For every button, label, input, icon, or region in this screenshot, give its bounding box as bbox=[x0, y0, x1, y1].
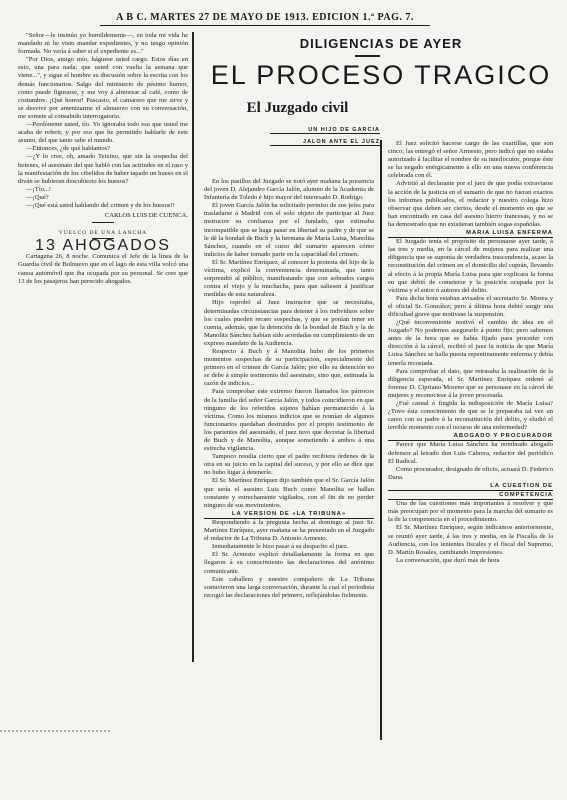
right-column-paragraphs-3: Parece que María Luisa Sánchez ha nombra… bbox=[388, 441, 553, 481]
column-center: En los pasillos del Juzgado se notó ayer… bbox=[204, 178, 374, 738]
paragraph: —¡Qué está usted hablando del crimen y d… bbox=[18, 202, 188, 210]
title-rule bbox=[355, 55, 380, 57]
paragraph: ¿Fué casual ó fingida la indisposición d… bbox=[388, 400, 553, 432]
subheadline: El Juzgado civil bbox=[215, 100, 380, 117]
scan-artifact bbox=[0, 730, 110, 732]
divider bbox=[92, 222, 114, 223]
paragraph: —Entonces, ¿de qué hablamos? bbox=[18, 145, 188, 153]
section-head-cuestion-1: LA CUESTION DE bbox=[388, 482, 553, 491]
paragraph: Tampoco resulta cierto que el padre reci… bbox=[204, 453, 374, 477]
paragraph: El Sr. Martínez Enríquez, según indicamo… bbox=[388, 524, 553, 556]
paragraph: —¡Qué? bbox=[18, 194, 188, 202]
main-headline: EL PROCESO TRAGICO bbox=[195, 60, 567, 91]
paragraph: —¿Y lo cree, oh, amado Teixino, que sin … bbox=[18, 153, 188, 185]
paragraph: El joven García Jalón ha solicitado perm… bbox=[204, 202, 374, 259]
right-column-paragraphs: El Juez solicitó hacerse cargo de las cu… bbox=[388, 140, 553, 229]
paragraph: Para comprobar el dato, que retrasaba la… bbox=[388, 368, 553, 400]
masthead: A B C. MARTES 27 DE MAYO DE 1913. EDICIO… bbox=[100, 12, 430, 26]
column-left: "Señor—le insinúo yo humildemente—, en t… bbox=[18, 32, 188, 692]
section-head-abogado: ABOGADO Y PROCURADOR bbox=[388, 432, 553, 441]
paragraph: El Juzgado tenía el propósito de persona… bbox=[388, 238, 553, 295]
paragraph: Parece que María Luisa Sánchez ha nombra… bbox=[388, 441, 553, 465]
kicker-line-1: UN HIJO DE GARCIA bbox=[270, 127, 380, 134]
paragraph: Para comprobar este extremo fueron llama… bbox=[204, 388, 374, 453]
column-rule bbox=[192, 32, 194, 662]
paragraph: "Por Dios, amigo mío, háguese usted carg… bbox=[18, 56, 188, 121]
paragraph: Advirtió al declarante por el juez de qu… bbox=[388, 180, 553, 229]
center-column-paragraphs: En los pasillos del Juzgado se notó ayer… bbox=[204, 178, 374, 510]
paragraph: La conversación, que duró más de hora bbox=[388, 557, 553, 565]
paragraph: Una de las cuestiones más importantes á … bbox=[388, 500, 553, 524]
author-signature: CARLOS LUIS DE CUENCA. bbox=[18, 212, 188, 220]
news-body: Cartagena 26, 8 noche. Comunica el Jefe … bbox=[18, 253, 188, 285]
paragraph: ¿Qué inconveniente motivó el cambio de i… bbox=[388, 319, 553, 368]
paragraph: El Sr. Armesto explicó detalladamente la… bbox=[204, 551, 374, 575]
center-column-paragraphs-2: Respondiendo á la pregunta hecha al domi… bbox=[204, 519, 374, 600]
column-rule bbox=[380, 140, 382, 740]
section-head-enferma: MARIA LUISA ENFERMA bbox=[388, 229, 553, 238]
news-headline: 13 AHOGADOS bbox=[18, 242, 188, 250]
section-head-cuestion-2: COMPETENCIA bbox=[388, 491, 553, 500]
kicker-line-2: JALON ANTE EL JUEZ bbox=[270, 139, 380, 146]
paragraph: Este caballero y nuestro compañero de La… bbox=[204, 576, 374, 600]
right-column-paragraphs-2: El Juzgado tenía el propósito de persona… bbox=[388, 238, 553, 432]
paragraph: Inmediatamente le hizo pasar á su despac… bbox=[204, 543, 374, 551]
left-column-paragraphs: "Señor—le insinúo yo humildemente—, en t… bbox=[18, 32, 188, 210]
paragraph: El Sr. Martínez Enríquez dijo también qu… bbox=[204, 477, 374, 509]
paragraph: Como procurador, designado de oficio, ac… bbox=[388, 466, 553, 482]
paragraph: El Juez solicitó hacerse cargo de las cu… bbox=[388, 140, 553, 180]
paragraph: En los pasillos del Juzgado se notó ayer… bbox=[204, 178, 374, 202]
news-kicker: VUELCO DE UNA LANCHA bbox=[18, 229, 188, 237]
paragraph: El Sr. Martínez Enríquez, al conocer la … bbox=[204, 259, 374, 299]
paragraph: Respondiendo á la pregunta hecha al domi… bbox=[204, 519, 374, 543]
paragraph: "Señor—le insinúo yo humildemente—, en t… bbox=[18, 32, 188, 56]
paragraph: Para dicha hora estaban avisados el secr… bbox=[388, 295, 553, 319]
section-head-tribuna: LA VERSION DE «LA TRIBUNA» bbox=[204, 510, 374, 519]
paragraph: —¡Tío...! bbox=[18, 186, 188, 194]
paragraph: —Perdóneme usted, tío. Yo ignoraba todo … bbox=[18, 121, 188, 145]
paragraph: Respecto á Buch y á Manolita hubo de los… bbox=[204, 348, 374, 388]
column-right: El Juez solicitó hacerse cargo de las cu… bbox=[388, 140, 553, 740]
right-column-paragraphs-4: Una de las cuestiones más importantes á … bbox=[388, 500, 553, 565]
section-title: DILIGENCIAS DE AYER bbox=[195, 36, 567, 51]
paragraph: Hijo reprobó al Juez instructor que se n… bbox=[204, 299, 374, 348]
